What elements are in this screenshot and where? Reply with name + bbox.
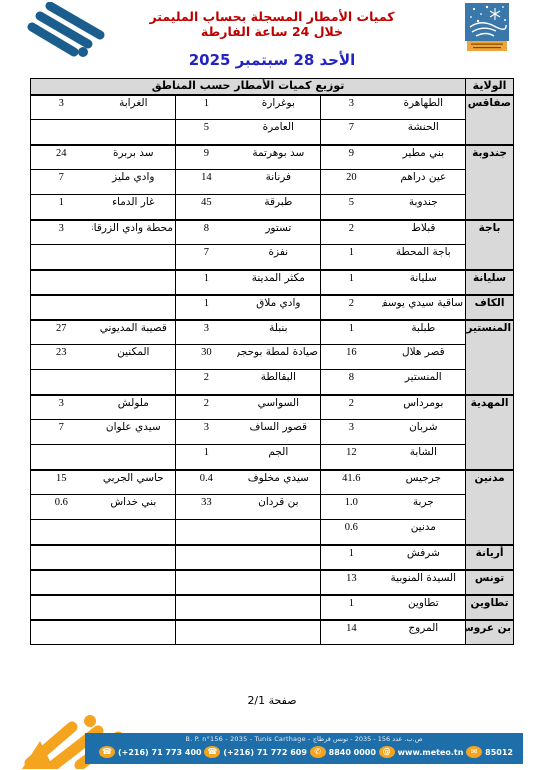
station-name-cell: جرجيس [382, 470, 466, 495]
station-name-cell: تطاوين [382, 595, 466, 620]
wilaya-cell: جندوبة [466, 145, 514, 220]
report-title-line2: خلال 24 ساعة الفارطة [0, 24, 544, 39]
rain-value-cell: 27 [31, 320, 92, 345]
rain-value-cell: 1 [176, 95, 237, 120]
rain-value-cell: 12 [321, 445, 382, 470]
table-row: مدنينجرجيس41.6سيدي مخلوف0.4حاسي الجربي15 [31, 470, 514, 495]
inm-emblem-logo [464, 3, 510, 53]
rain-value-cell: 3 [31, 220, 92, 245]
report-header: كميات الأمطار المسجلة بحساب المليمتر خلا… [0, 9, 544, 69]
rain-value-cell: 1 [176, 445, 237, 470]
rain-value-cell: 8 [176, 220, 237, 245]
rain-value-cell [176, 520, 237, 545]
phone-icon: ☎ [99, 746, 115, 758]
rain-value-cell [176, 570, 237, 595]
wilaya-cell: بن عروس [466, 620, 514, 645]
rain-value-cell: 3 [31, 395, 92, 420]
station-name-cell: طبلبة [382, 320, 466, 345]
station-name-cell: سد بربرة [92, 145, 176, 170]
contact-label: www.meteo.tn [398, 748, 464, 757]
rain-value-cell: 7 [321, 120, 382, 145]
contact-item: ✆8840 0000 [310, 746, 376, 758]
station-name-cell: بوغرارة [237, 95, 321, 120]
report-title-line1: كميات الأمطار المسجلة بحساب المليمتر [0, 9, 544, 24]
station-name-cell: الغرابة [92, 95, 176, 120]
station-name-cell: العامرة [237, 120, 321, 145]
wilaya-cell: سليانة [466, 270, 514, 295]
station-name-cell: مدنين [382, 520, 466, 545]
station-name-cell [92, 120, 176, 145]
report-date: الأحد 28 سبتمبر 2025 [0, 51, 544, 69]
page-number: صفحة 2/1 [0, 694, 544, 707]
sms-icon: ✉ [466, 746, 482, 758]
station-name-cell: المروج [382, 620, 466, 645]
station-name-cell: نفزة [237, 245, 321, 270]
station-name-cell [92, 445, 176, 470]
rain-value-cell [31, 570, 92, 595]
station-name-cell: جندوبة [382, 195, 466, 220]
website-icon: @ [379, 746, 395, 758]
rain-value-cell: 0.6 [321, 520, 382, 545]
station-name-cell: بن قردان [237, 495, 321, 520]
table-row: عين دراهم20فرنانة14وادي مليز7 [31, 170, 514, 195]
station-name-cell: السيدة المنوبية [382, 570, 466, 595]
station-name-cell [92, 545, 176, 570]
rain-value-cell [31, 370, 92, 395]
station-name-cell: سليانة [382, 270, 466, 295]
wilaya-cell: تونس [466, 570, 514, 595]
table-row: سليانةسليانة1مكثر المدينة1 [31, 270, 514, 295]
wilaya-column-header: الولاية [466, 79, 514, 95]
station-name-cell: قصيبة المديوني [92, 320, 176, 345]
station-name-cell: صيادة لمطة بوحجر [237, 345, 321, 370]
station-name-cell: قصور الساف [237, 420, 321, 445]
rain-value-cell: 20 [321, 170, 382, 195]
rain-value-cell: 15 [31, 470, 92, 495]
table-header-row: الولاية توزيع كميات الأمطار حسب المناطق [31, 79, 514, 95]
postal-address: B. P. n°156 - 2035 - Tunis Carthage - ص.… [85, 733, 523, 743]
contact-item: @www.meteo.tn [379, 746, 464, 758]
rain-value-cell [176, 595, 237, 620]
contact-item: ✉85012 [466, 746, 513, 758]
table-row: جندوبة5طبرقة45غار الدماء1 [31, 195, 514, 220]
station-name-cell: وادي مليز [92, 170, 176, 195]
rain-value-cell [31, 620, 92, 645]
decor-dot [84, 715, 96, 727]
station-name-cell: غار الدماء [92, 195, 176, 220]
station-name-cell [92, 295, 176, 320]
station-name-cell [237, 595, 321, 620]
rain-value-cell: 9 [321, 145, 382, 170]
station-name-cell [237, 520, 321, 545]
station-name-cell [92, 570, 176, 595]
station-name-cell: تستور [237, 220, 321, 245]
rain-value-cell: 1 [321, 545, 382, 570]
table-row: المنستير8البقالطة2 [31, 370, 514, 395]
station-name-cell: الحنشة [382, 120, 466, 145]
table-row: جربة1.0بن قردان33بني خداش0.6 [31, 495, 514, 520]
station-name-cell [92, 520, 176, 545]
rain-value-cell: 1 [31, 195, 92, 220]
station-name-cell: مكثر المدينة [237, 270, 321, 295]
rain-value-cell [31, 245, 92, 270]
table-row: باجةقبلاط2تستور8محطة وادي الزرقاء3 [31, 220, 514, 245]
rain-value-cell: 1.0 [321, 495, 382, 520]
table-row: الكافساقية سيدي يوسف2وادي ملاق1 [31, 295, 514, 320]
station-name-cell: جربة [382, 495, 466, 520]
station-name-cell: قبلاط [382, 220, 466, 245]
rain-value-cell: 14 [176, 170, 237, 195]
rain-value-cell: 7 [176, 245, 237, 270]
wilaya-cell: أريانة [466, 545, 514, 570]
rain-value-cell: 1 [321, 270, 382, 295]
rain-value-cell [31, 545, 92, 570]
table-row: الحنشة7العامرة5 [31, 120, 514, 145]
rain-value-cell [31, 445, 92, 470]
wilaya-cell: المهدية [466, 395, 514, 470]
rain-value-cell: 24 [31, 145, 92, 170]
station-name-cell: عين دراهم [382, 170, 466, 195]
station-name-cell: الجم [237, 445, 321, 470]
rain-value-cell: 13 [321, 570, 382, 595]
station-name-cell: بني مطير [382, 145, 466, 170]
table-row: تطاوينتطاوين1 [31, 595, 514, 620]
station-name-cell: السواسي [237, 395, 321, 420]
station-name-cell: سيدي علوان [92, 420, 176, 445]
table-row: المهديةبومرداس2السواسي2ملولش3 [31, 395, 514, 420]
station-name-cell: بنبلة [237, 320, 321, 345]
contacts-row: ☎(+216) 71 773 400☎(+216) 71 772 609✆884… [85, 743, 523, 758]
rain-value-cell: 2 [321, 220, 382, 245]
regions-column-header: توزيع كميات الأمطار حسب المناطق [31, 79, 466, 95]
station-name-cell: باجة المحطة [382, 245, 466, 270]
rain-value-cell: 45 [176, 195, 237, 220]
station-name-cell: المنستير [382, 370, 466, 395]
rain-value-cell [31, 120, 92, 145]
contact-label: (+216) 71 772 609 [223, 748, 307, 757]
rain-value-cell: 0.4 [176, 470, 237, 495]
contact-label: 85012 [485, 748, 513, 757]
station-name-cell [92, 245, 176, 270]
rain-value-cell [31, 270, 92, 295]
table-row: صفاقسالطهاهرة3بوغرارة1الغرابة3 [31, 95, 514, 120]
contact-item: ☎(+216) 71 773 400 [99, 746, 202, 758]
rain-value-cell: 1 [176, 270, 237, 295]
report-page: كميات الأمطار المسجلة بحساب المليمتر خلا… [0, 0, 544, 770]
station-name-cell: وادي ملاق [237, 295, 321, 320]
rain-value-cell [31, 520, 92, 545]
rain-value-cell: 33 [176, 495, 237, 520]
station-name-cell [237, 620, 321, 645]
contact-label: 8840 0000 [329, 748, 376, 757]
contact-item: ☎(+216) 71 772 609 [204, 746, 307, 758]
station-name-cell [237, 570, 321, 595]
rain-value-cell: 3 [176, 320, 237, 345]
rain-value-cell: 3 [321, 95, 382, 120]
station-name-cell [237, 545, 321, 570]
rain-value-cell: 3 [176, 420, 237, 445]
rain-value-cell: 30 [176, 345, 237, 370]
station-name-cell: شربان [382, 420, 466, 445]
rain-value-cell: 1 [176, 295, 237, 320]
emblem-orange-band [467, 41, 507, 51]
wilaya-cell: تطاوين [466, 595, 514, 620]
station-name-cell: الشابة [382, 445, 466, 470]
wilaya-cell: صفاقس [466, 95, 514, 145]
rain-value-cell [31, 295, 92, 320]
wilaya-cell: مدنين [466, 470, 514, 545]
rain-value-cell: 16 [321, 345, 382, 370]
station-name-cell [92, 270, 176, 295]
rain-value-cell: 5 [176, 120, 237, 145]
station-name-cell: الطهاهرة [382, 95, 466, 120]
table-row: قصر هلال16صيادة لمطة بوحجر30المكنين23 [31, 345, 514, 370]
station-name-cell: قصر هلال [382, 345, 466, 370]
table-row: مدنين0.6 [31, 520, 514, 545]
station-name-cell: شرفش [382, 545, 466, 570]
table-row: باجة المحطة1نفزة7 [31, 245, 514, 270]
rain-value-cell: 1 [321, 320, 382, 345]
station-name-cell: البقالطة [237, 370, 321, 395]
table-row: تونسالسيدة المنوبية13 [31, 570, 514, 595]
station-name-cell [92, 370, 176, 395]
wilaya-cell: الكاف [466, 295, 514, 320]
rain-value-cell [176, 545, 237, 570]
rain-value-cell: 3 [321, 420, 382, 445]
footer-contact-bar: B. P. n°156 - 2035 - Tunis Carthage - ص.… [85, 733, 523, 764]
rain-value-cell: 14 [321, 620, 382, 645]
rain-value-cell: 2 [321, 395, 382, 420]
wilaya-cell: المنستير [466, 320, 514, 395]
station-name-cell: حاسي الجربي [92, 470, 176, 495]
table-row: أريانةشرفش1 [31, 545, 514, 570]
station-name-cell: ملولش [92, 395, 176, 420]
table-row: شربان3قصور الساف3سيدي علوان7 [31, 420, 514, 445]
table-row: الشابة12الجم1 [31, 445, 514, 470]
table-row: المنستيرطبلبة1بنبلة3قصيبة المديوني27 [31, 320, 514, 345]
rain-value-cell [31, 595, 92, 620]
station-name-cell: بني خداش [92, 495, 176, 520]
wilaya-cell: باجة [466, 220, 514, 270]
station-name-cell: بومرداس [382, 395, 466, 420]
rain-value-cell [176, 620, 237, 645]
station-name-cell: فرنانة [237, 170, 321, 195]
fax-icon: ☎ [204, 746, 220, 758]
station-name-cell [92, 595, 176, 620]
table-row: جندوبةبني مطير9سد بوهرتمة9سد بربرة24 [31, 145, 514, 170]
station-name-cell: ساقية سيدي يوسف [382, 295, 466, 320]
station-name-cell [92, 620, 176, 645]
rain-value-cell: 7 [31, 420, 92, 445]
rain-value-cell: 9 [176, 145, 237, 170]
rain-value-cell: 8 [321, 370, 382, 395]
rainfall-table: الولاية توزيع كميات الأمطار حسب المناطق … [30, 78, 514, 645]
rain-value-cell: 2 [176, 395, 237, 420]
contact-label: (+216) 71 773 400 [118, 748, 202, 757]
station-name-cell: محطة وادي الزرقاء [92, 220, 176, 245]
station-name-cell: طبرقة [237, 195, 321, 220]
rain-value-cell: 1 [321, 595, 382, 620]
station-name-cell: سيدي مخلوف [237, 470, 321, 495]
rain-value-cell: 5 [321, 195, 382, 220]
rain-value-cell: 1 [321, 245, 382, 270]
call-center-icon: ✆ [310, 746, 326, 758]
station-name-cell: سد بوهرتمة [237, 145, 321, 170]
station-name-cell: المكنين [92, 345, 176, 370]
rain-value-cell: 2 [176, 370, 237, 395]
rain-value-cell: 3 [31, 95, 92, 120]
rain-value-cell: 41.6 [321, 470, 382, 495]
rain-value-cell: 23 [31, 345, 92, 370]
rain-value-cell: 2 [321, 295, 382, 320]
table-row: بن عروسالمروج14 [31, 620, 514, 645]
rain-value-cell: 7 [31, 170, 92, 195]
rain-value-cell: 0.6 [31, 495, 92, 520]
